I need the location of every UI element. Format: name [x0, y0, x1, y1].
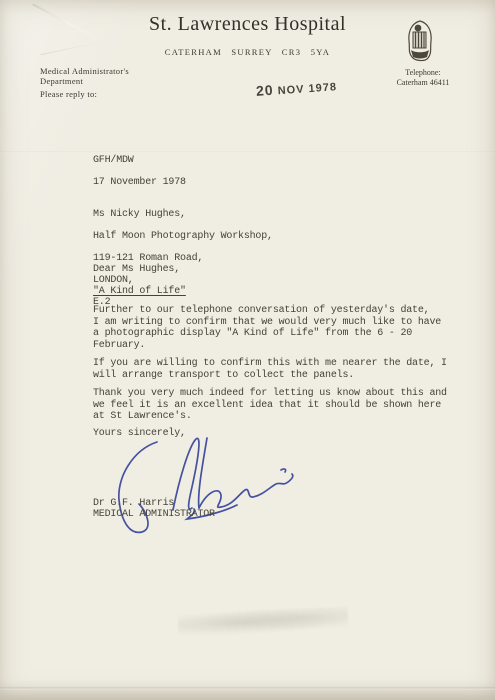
pencil-smudge: [178, 607, 349, 637]
telephone-label: Telephone:: [380, 68, 466, 78]
reference-code: GFH/MDW: [93, 155, 134, 166]
subject-line: "A Kind of Life": [93, 286, 186, 297]
recipient-street: 119-121 Roman Road,: [93, 253, 273, 264]
stamp-month-year: NOV 1978: [273, 81, 337, 97]
department-line: Department: [40, 76, 129, 86]
department-line: Medical Administrator's: [40, 66, 129, 76]
hospital-crest-icon: [401, 19, 439, 66]
recipient-address: Ms Nicky Hughes, Half Moon Photography W…: [93, 198, 273, 319]
recipient-org: Half Moon Photography Workshop,: [93, 231, 273, 242]
letter-page: St. Lawrences Hospital CATERHAM SURREY C…: [0, 0, 495, 700]
stamp-day: 20: [255, 82, 274, 99]
paragraph: Further to our telephone conversation of…: [93, 305, 441, 351]
reply-to-label: Please reply to:: [40, 89, 97, 99]
recipient-city: LONDON,: [93, 275, 273, 286]
letter-date: 17 November 1978: [93, 177, 186, 188]
department-block: Medical Administrator's Department: [40, 66, 129, 86]
paragraph: Thank you very much indeed for letting u…: [93, 388, 447, 423]
telephone-number: Caterham 46411: [380, 78, 466, 88]
paper-fold-line: [0, 151, 495, 153]
recipient-name: Ms Nicky Hughes,: [93, 209, 273, 220]
handwritten-signature: [95, 432, 300, 537]
salutation: Dear Ms Hughes,: [93, 264, 180, 275]
signer-name: Dr G.F. Harris: [93, 498, 174, 509]
paper-fold-line: [0, 687, 495, 690]
received-date-stamp: 20 NOV 1978: [255, 77, 337, 101]
paragraph: If you are willing to confirm this with …: [93, 358, 447, 381]
telephone-block: Telephone: Caterham 46411: [380, 68, 466, 87]
signer-title: MEDICAL ADMINISTRATOR: [93, 509, 215, 520]
